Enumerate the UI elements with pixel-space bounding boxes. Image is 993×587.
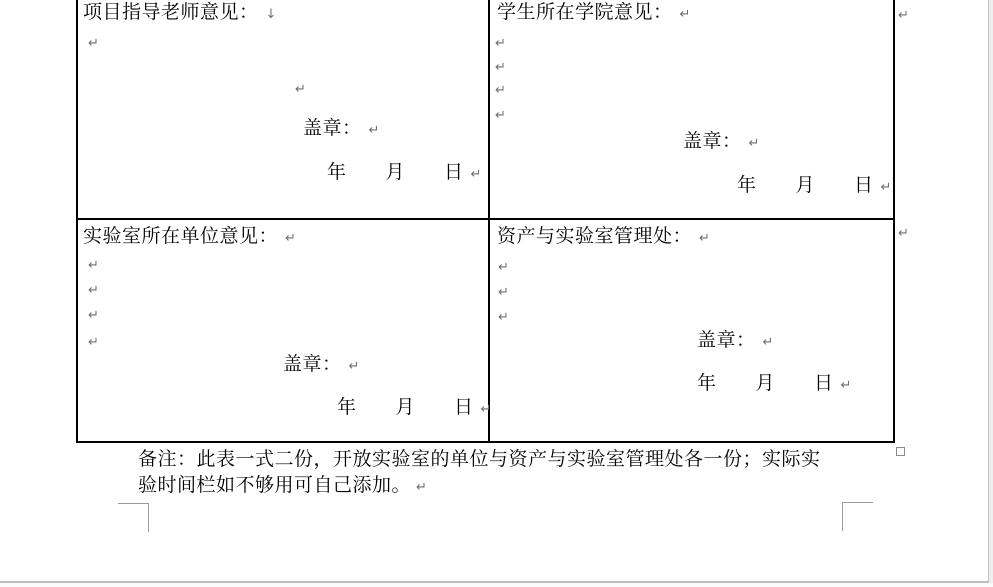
seal-label: 盖章：↵ (303, 118, 379, 142)
date-label: 年 月 日↵ (697, 373, 851, 397)
document-page: 项目指导老师意见：↓ ↵ ↵ 盖章：↵ 年 月 日↵ 学生所在学院意见：↵ ↵ … (0, 0, 993, 587)
paragraph-mark: ↵ (88, 335, 99, 350)
note-paragraph[interactable]: 备注：此表一式二份，开放实验室的单位与资产与实验室管理处各一份；实际实 验时间栏… (138, 447, 858, 501)
paragraph-mark: ↵ (881, 180, 892, 195)
table-resize-handle[interactable] (896, 447, 905, 456)
paragraph-mark: ↵ (349, 359, 360, 374)
paragraph-mark: ↵ (495, 60, 506, 75)
paragraph-mark: ↵ (88, 283, 99, 298)
paragraph-mark: ↵ (749, 136, 760, 151)
margin-crop-mark-bottom-right (842, 502, 843, 531)
paragraph-mark: ↵ (495, 36, 506, 51)
margin-crop-mark-bottom-left (148, 503, 149, 532)
college-heading: 学生所在学院意见：↵ (497, 2, 690, 26)
paragraph-mark: ↵ (763, 335, 774, 350)
cell-lab-unit-opinion[interactable]: 实验室所在单位意见：↵ ↵ ↵ ↵ ↵ 盖章：↵ 年 月 日↵ (78, 220, 488, 441)
paragraph-mark: ↵ (285, 231, 296, 246)
margin-crop-mark-bottom-right (842, 502, 873, 503)
paragraph-mark: ↵ (699, 231, 710, 246)
date-label: 年 月 日↵ (337, 397, 491, 421)
paragraph-mark: ↵ (495, 108, 506, 123)
note-line-2: 验时间栏如不够用可自己添加。↵ (138, 473, 858, 501)
paragraph-mark: ↵ (841, 378, 852, 393)
paragraph-mark: ↵ (680, 7, 691, 22)
paragraph-mark: ↵ (88, 308, 99, 323)
row-end-mark: ↵ (898, 226, 909, 241)
paragraph-mark: ↵ (498, 310, 509, 325)
paragraph-mark: ↵ (471, 167, 482, 182)
paragraph-mark: ↵ (498, 260, 509, 275)
seal-label: 盖章：↵ (683, 131, 759, 155)
note-line-1: 备注：此表一式二份，开放实验室的单位与资产与实验室管理处各一份；实际实 (138, 447, 858, 473)
cell-asset-office-opinion[interactable]: 资产与实验室管理处：↵ ↵ ↵ ↵ 盖章：↵ 年 月 日↵ (490, 220, 893, 441)
date-label: 年 月 日↵ (737, 175, 891, 199)
row-end-mark: ↵ (898, 8, 909, 23)
paragraph-mark: ↵ (88, 36, 99, 51)
paragraph-mark: ↵ (498, 285, 509, 300)
cell-college-opinion[interactable]: 学生所在学院意见：↵ ↵ ↵ ↵ ↵ 盖章：↵ 年 月 日↵ (490, 0, 893, 218)
paragraph-mark: ↵ (369, 123, 380, 138)
date-label: 年 月 日↵ (327, 162, 481, 186)
page-bottom-gutter (0, 583, 993, 587)
line-break-mark: ↓ (266, 7, 277, 22)
advisor-heading: 项目指导老师意见：↓ (83, 2, 276, 26)
margin-crop-mark-bottom-left (118, 503, 149, 504)
asset-office-heading: 资产与实验室管理处：↵ (497, 226, 710, 250)
seal-label: 盖章：↵ (283, 354, 359, 378)
paragraph-mark: ↵ (88, 258, 99, 273)
seal-label: 盖章：↵ (697, 330, 773, 354)
approval-table: 项目指导老师意见：↓ ↵ ↵ 盖章：↵ 年 月 日↵ 学生所在学院意见：↵ ↵ … (76, 0, 895, 443)
paragraph-mark: ↵ (495, 83, 506, 98)
lab-unit-heading: 实验室所在单位意见：↵ (83, 226, 296, 250)
cell-advisor-opinion[interactable]: 项目指导老师意见：↓ ↵ ↵ 盖章：↵ 年 月 日↵ (78, 0, 488, 218)
page-right-gutter (989, 0, 993, 583)
paragraph-mark: ↵ (295, 82, 306, 97)
paragraph-mark: ↵ (416, 480, 427, 495)
page-bottom-edge (0, 581, 989, 583)
page-right-edge (988, 0, 989, 583)
